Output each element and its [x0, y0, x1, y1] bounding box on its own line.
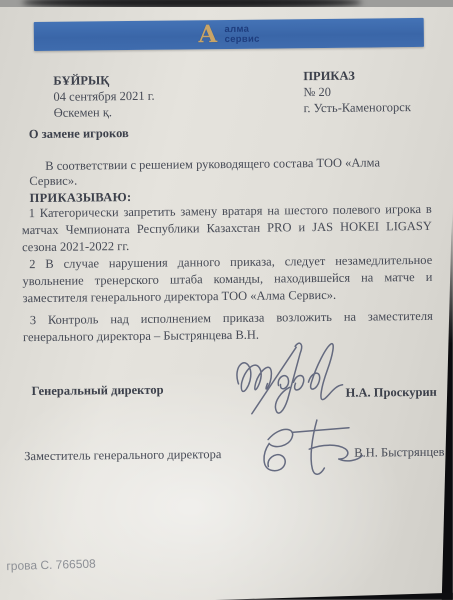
order-title-ru: ПРИКАЗ: [303, 67, 410, 84]
company-letterhead-banner: А алма сервис: [34, 18, 424, 51]
order-number: № 20: [303, 83, 410, 100]
order-intro-paragraph: В соответствии с решением руководящего с…: [29, 155, 424, 189]
order-city-ru: г. Усть-Каменогорск: [304, 99, 411, 116]
header-kazakh-block: БҰЙРЫҚ 04 сентября 2021 г. Өскемен қ.: [53, 72, 155, 121]
logo-name-line2: сервис: [225, 33, 260, 44]
signature1-position: Генеральный директор: [31, 383, 163, 399]
document-photo: А алма сервис БҰЙРЫҚ 04 сентября 2021 г.…: [0, 0, 453, 600]
scan-annotation: грова С. 766508: [6, 557, 96, 573]
order-document: А алма сервис БҰЙРЫҚ 04 сентября 2021 г.…: [0, 0, 453, 600]
order-title-kk: БҰЙРЫҚ: [53, 72, 154, 89]
signature1-name: Н.А. Проскурин: [346, 385, 437, 401]
order-city-kk: Өскемен қ.: [54, 104, 155, 121]
order-item-2: 2 В случае нарушения данного приказа, сл…: [22, 252, 433, 307]
header-russian-block: ПРИКАЗ № 20 г. Усть-Каменогорск: [303, 67, 411, 116]
order-date: 04 сентября 2021 г.: [53, 88, 154, 105]
signature2-handwriting: [252, 415, 371, 498]
signature2-name: В.Н. Быстрянцев: [354, 445, 444, 461]
order-items: 1 Категорически запретить замену вратаря…: [22, 201, 433, 346]
signature1-handwriting: [229, 337, 362, 424]
order-item-1: 1 Категорически запретить замену вратаря…: [22, 201, 433, 256]
company-logo-icon: А: [198, 22, 218, 46]
signature2-position: Заместитель генерального директора: [24, 447, 221, 464]
company-logo-name: алма сервис: [224, 24, 259, 44]
order-subject: О замене игроков: [29, 126, 129, 142]
order-item-3: 3 Контроль над исполнением приказа возло…: [23, 308, 433, 346]
